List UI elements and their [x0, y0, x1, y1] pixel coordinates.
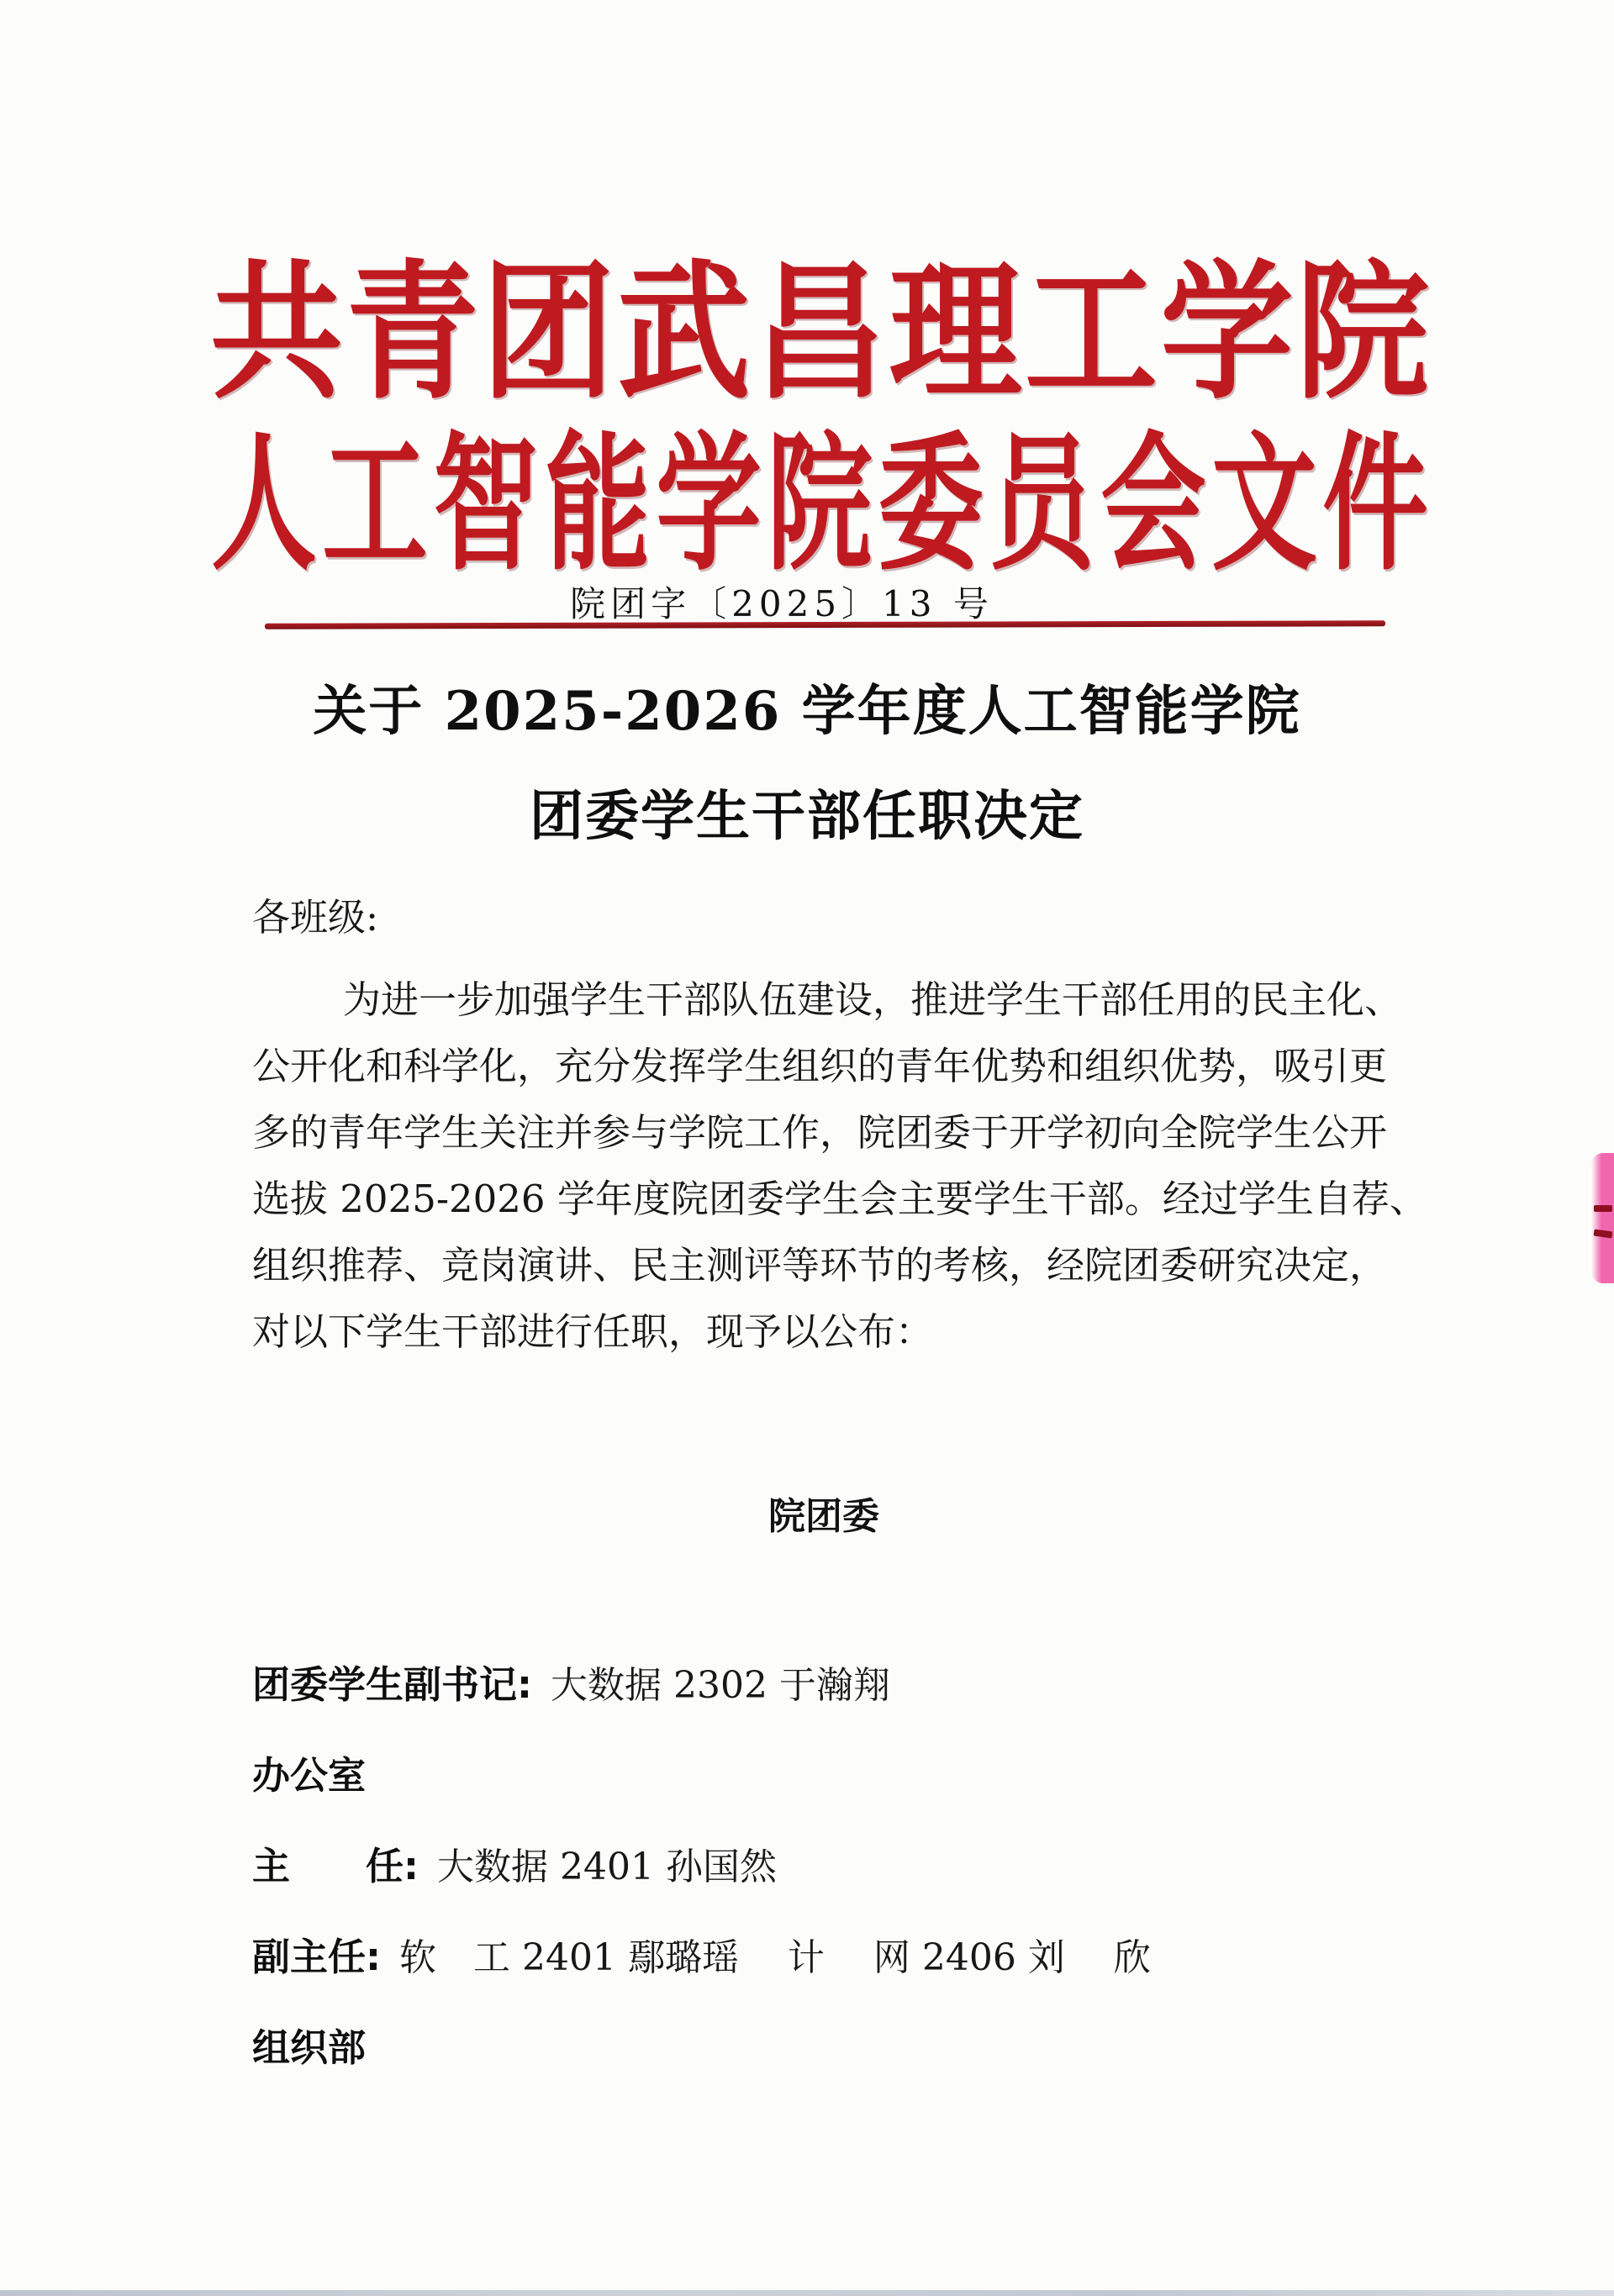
- letterhead-char: 院: [1296, 259, 1429, 408]
- appointment-row: 组织部: [252, 2025, 1362, 2116]
- body-line: 组织推荐、竞岗演讲、民主测评等环节的考核，经院团委研究决定，: [252, 1232, 1358, 1298]
- letterhead-char: 件: [1322, 430, 1427, 579]
- letterhead-char: 学: [656, 430, 761, 579]
- appointment-label: 副主任:: [252, 1935, 381, 1979]
- letterhead-char: 员: [989, 430, 1094, 579]
- letterhead-char: 能: [545, 430, 650, 579]
- letterhead-char: 文: [1211, 430, 1316, 579]
- letterhead-char: 青: [346, 259, 479, 408]
- document-title-line-1: 关于 2025-2026 学年度人工智能学院: [0, 668, 1614, 745]
- letterhead-char: 院: [767, 430, 872, 579]
- letterhead-char: 共: [210, 259, 343, 408]
- body-line: 为进一步加强学生干部队伍建设，推进学生干部任用的民主化、: [252, 966, 1358, 1033]
- appointment-label: 办公室: [252, 1753, 366, 1798]
- appointment-label: 主 任:: [252, 1844, 419, 1888]
- appointment-label: 团委学生副书记:: [252, 1662, 532, 1707]
- appointment-row: 主 任:大数据 2401 孙国然: [252, 1844, 1362, 1935]
- salutation: 各班级:: [252, 887, 378, 941]
- body-line: 选拔 2025-2026 学年度院团委学生会主要学生干部。经过学生自荐、: [252, 1166, 1358, 1232]
- letterhead-line-2: 人 工 智 能 学 院 委 员 会 文 件: [210, 430, 1429, 538]
- document-title-line-2: 团委学生干部任职决定: [0, 773, 1614, 850]
- letterhead-char: 团: [482, 259, 614, 408]
- letterhead-char: 武: [618, 259, 751, 408]
- appointment-value: 大数据 2302 于瀚翔: [551, 1664, 890, 1707]
- appointment-row: 办公室: [252, 1753, 1362, 1844]
- appointment-row: 团委学生副书记:大数据 2302 于瀚翔: [252, 1662, 1362, 1753]
- letterhead-char: 学: [1161, 259, 1294, 408]
- body-paragraph: 为进一步加强学生干部队伍建设，推进学生干部任用的民主化、 公开化和科学化，充分发…: [252, 966, 1358, 1365]
- letterhead-char: 工: [322, 430, 427, 579]
- letterhead-char: 理: [889, 259, 1022, 408]
- body-line: 对以下学生干部进行任职，现予以公布：: [252, 1298, 1358, 1365]
- letterhead-line-1: 共 青 团 武 昌 理 工 学 院: [210, 259, 1429, 392]
- letterhead-char: 工: [1025, 259, 1158, 408]
- pink-artifact-dark-mark: [1594, 1230, 1613, 1239]
- letterhead-char: 委: [878, 430, 983, 579]
- pink-artifact-dark-mark: [1594, 1205, 1612, 1212]
- org-heading: 院团委: [0, 1486, 1614, 1540]
- document-number: 院团字〔2025〕13 号: [0, 577, 1564, 627]
- letterhead-char: 智: [434, 430, 539, 579]
- appointment-row: 副主任:软 工 2401 鄢璐瑶 计 网 2406 刘 欣: [252, 1935, 1362, 2025]
- appointment-value: 软 工 2401 鄢璐瑶 计 网 2406 刘 欣: [399, 1936, 1151, 1979]
- bottom-scan-edge-line: [0, 2290, 1614, 2296]
- letterhead-char: 人: [211, 430, 316, 579]
- appointments-list: 团委学生副书记:大数据 2302 于瀚翔 办公室 主 任:大数据 2401 孙国…: [252, 1662, 1362, 2116]
- document-page: 共 青 团 武 昌 理 工 学 院 人 工 智 能 学 院 委 员 会 文 件 …: [0, 0, 1614, 2296]
- appointment-label: 组织部: [252, 2025, 366, 2070]
- body-line: 多的青年学生关注并参与学院工作，院团委于开学初向全院学生公开: [252, 1099, 1358, 1166]
- letterhead-char: 昌: [753, 259, 886, 408]
- body-line: 公开化和科学化，充分发挥学生组织的青年优势和组织优势，吸引更: [252, 1033, 1358, 1099]
- letterhead-char: 会: [1100, 430, 1205, 579]
- pink-scan-artifact: [1591, 1153, 1614, 1283]
- appointment-value: 大数据 2401 孙国然: [437, 1846, 777, 1888]
